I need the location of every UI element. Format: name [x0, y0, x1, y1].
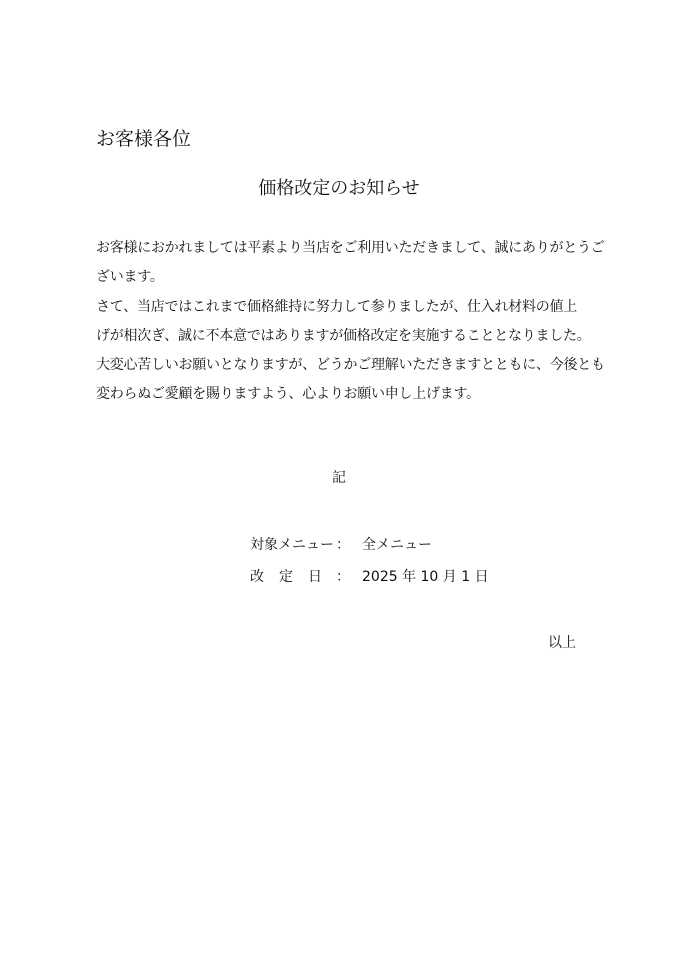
- detail-label-char: 定: [279, 567, 293, 587]
- detail-value: 2025 年 10 月 1 日: [362, 567, 489, 587]
- body-line: ざいます。: [96, 263, 586, 292]
- body-line: 大変心苦しいお願いとなりますが、どうかご理解いただきますとともに、今後とも: [96, 351, 586, 380]
- body-line: 変わらぬご愛顧を賜りますよう、心よりお願い申し上げます。: [96, 380, 586, 409]
- body-line: さて、当店ではこれまで価格維持に努力して参りましたが、仕入れ材料の値上: [96, 293, 586, 322]
- ki-heading: 記: [0, 468, 678, 488]
- body-text: お客様におかれましては平素より当店をご利用いただきまして、誠にありがとうご ざい…: [96, 234, 586, 410]
- body-line: げが相次ぎ、誠に不本意ではありますが価格改定を実施することとなりました。: [96, 322, 586, 351]
- document-page: お客様各位 価格改定のお知らせ お客様におかれましては平素より当店をご利用いただ…: [0, 0, 678, 960]
- detail-label-char: 日: [308, 567, 322, 587]
- document-title: 価格改定のお知らせ: [0, 177, 678, 201]
- detail-colon: ：: [336, 535, 362, 555]
- detail-label: 改 定 日: [250, 567, 322, 587]
- body-line: お客様におかれましては平素より当店をご利用いただきまして、誠にありがとうご: [96, 234, 586, 263]
- detail-label: 対象メニュー: [250, 535, 336, 555]
- detail-label-char: 改: [250, 567, 264, 587]
- salutation: お客様各位: [96, 127, 191, 151]
- closing-mark: 以上: [548, 633, 576, 653]
- detail-row-revision-date: 改 定 日 ： 2025 年 10 月 1 日: [250, 567, 489, 587]
- detail-value: 全メニュー: [362, 535, 432, 555]
- detail-row-target-menu: 対象メニュー ： 全メニュー: [250, 535, 432, 555]
- detail-colon: ：: [336, 567, 362, 587]
